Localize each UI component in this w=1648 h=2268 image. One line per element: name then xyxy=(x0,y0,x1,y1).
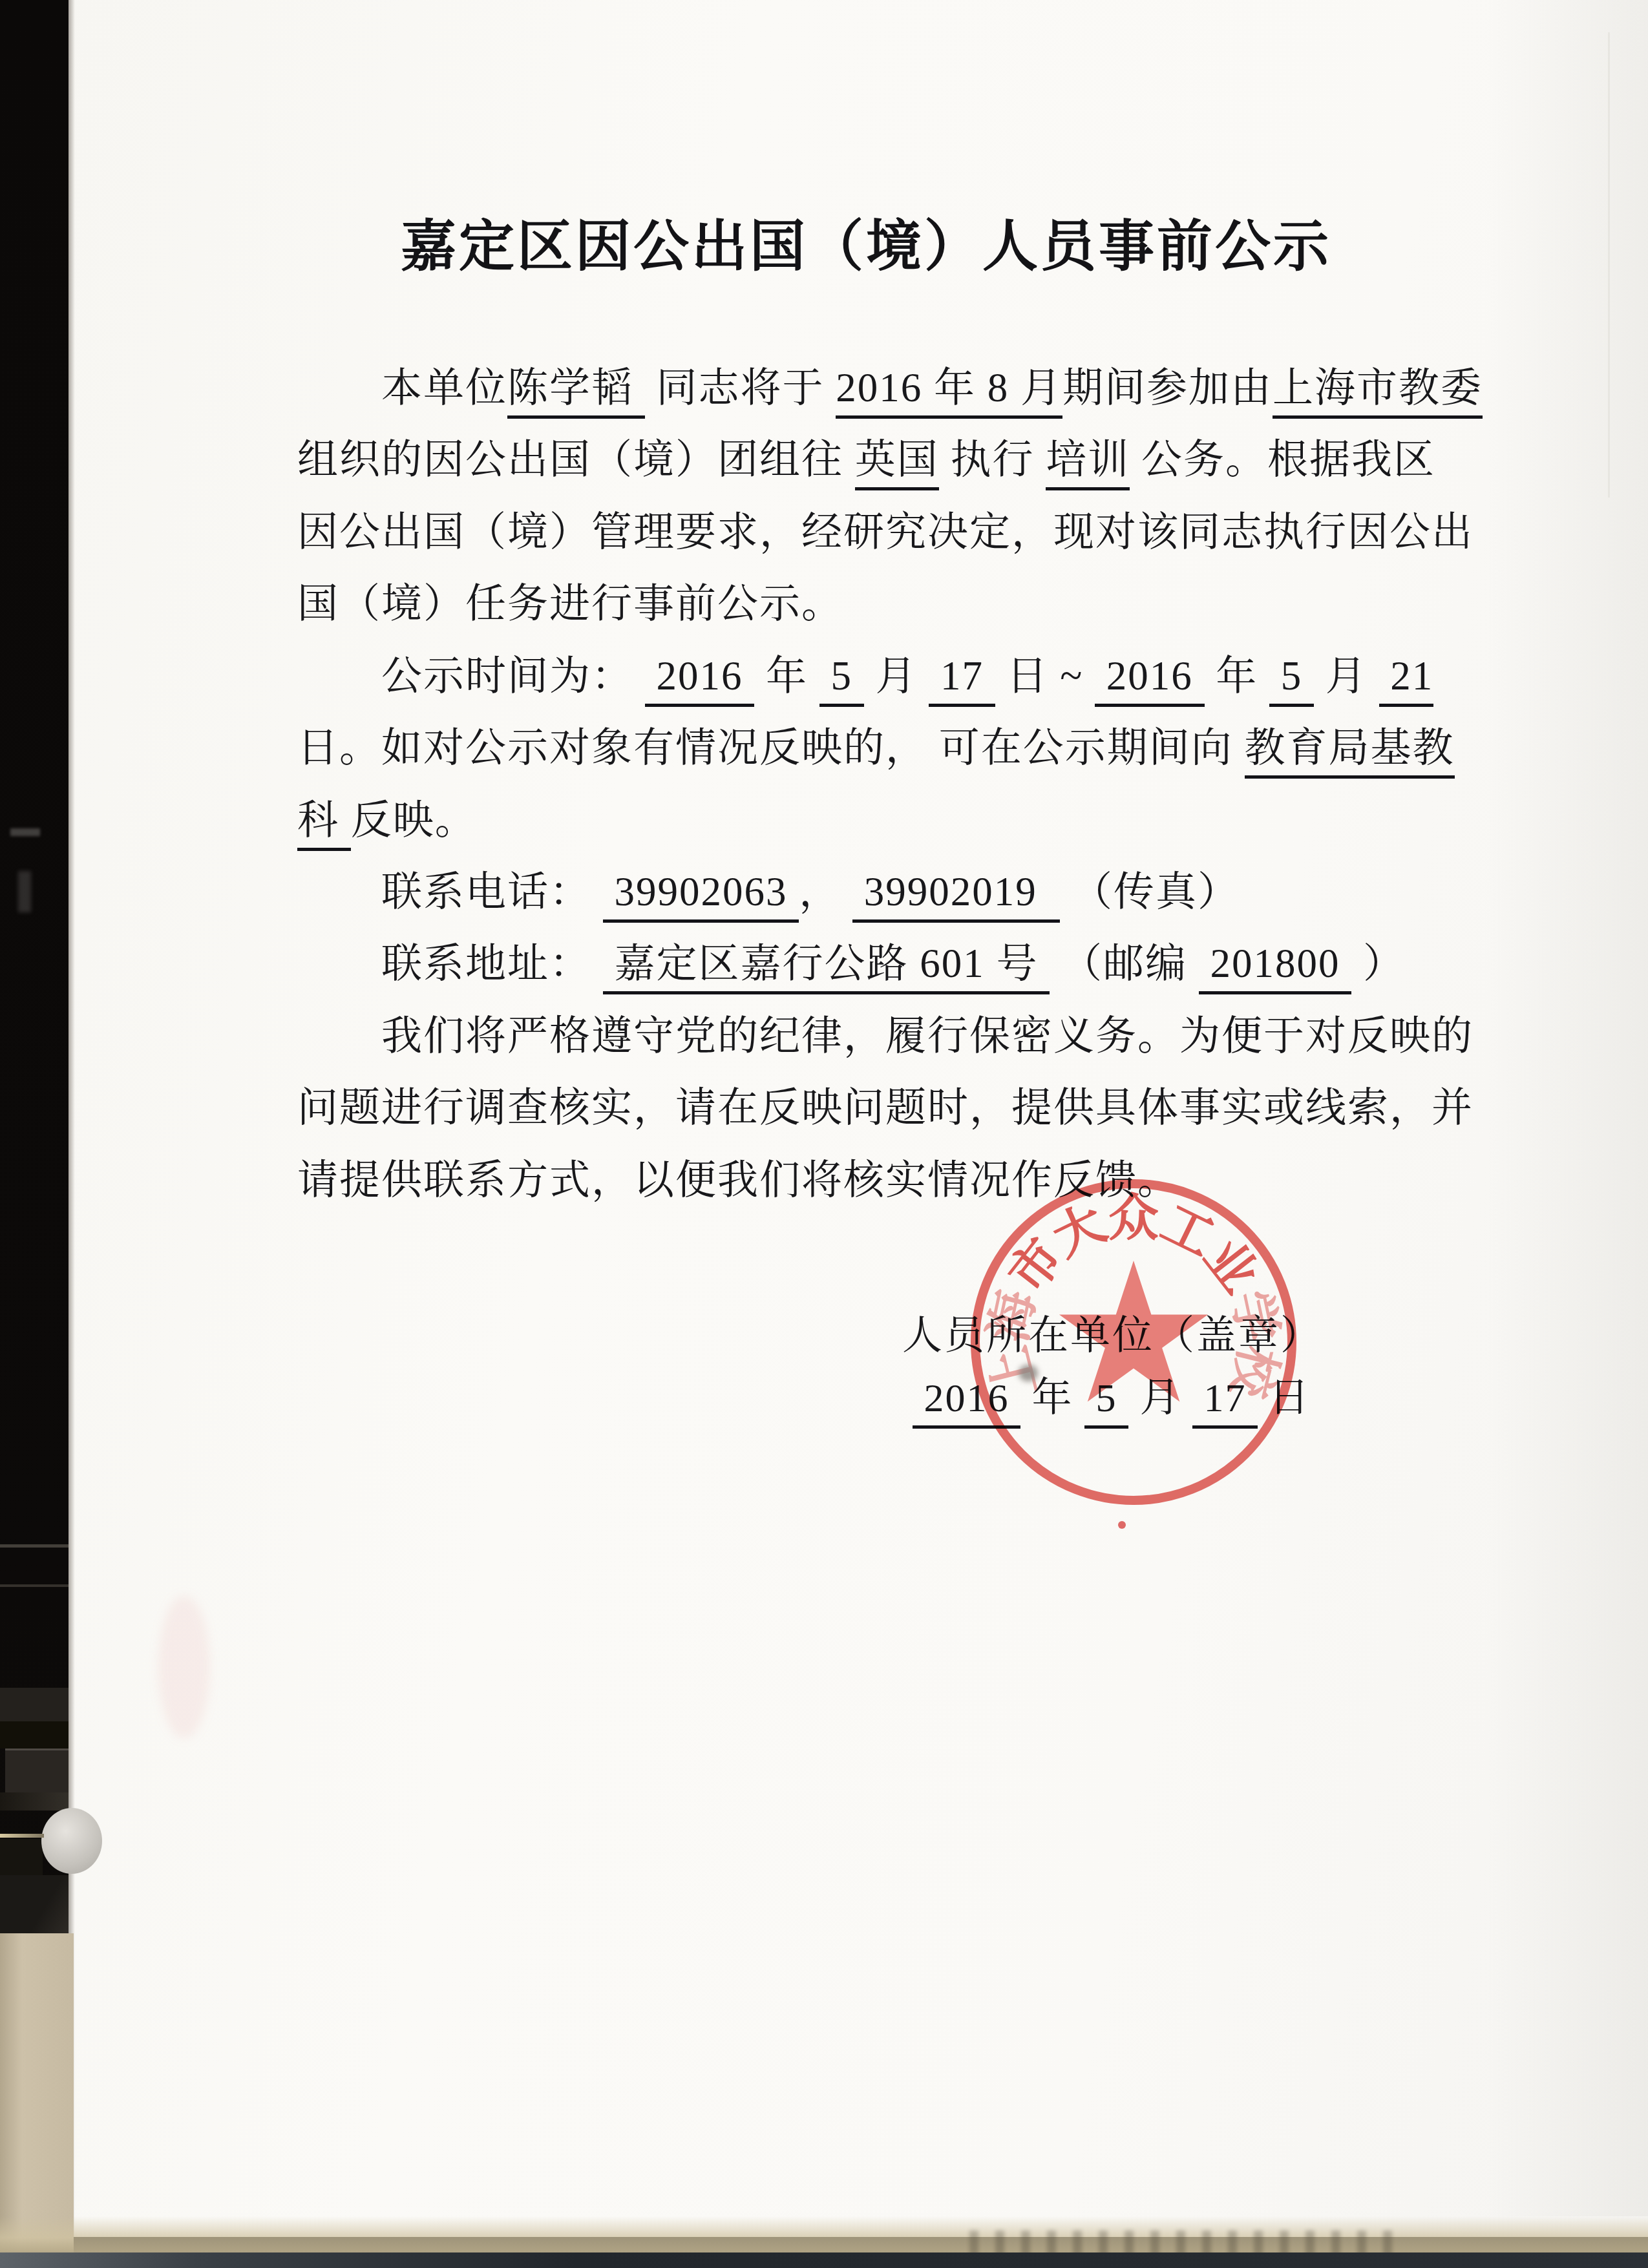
underlined-text: 21 xyxy=(1379,653,1434,707)
doc-line: 组织的因公出国（境）团组往 英国 执行 培训 公务。根据我区 xyxy=(297,434,1454,485)
underlined-text: 英国 xyxy=(855,437,939,490)
underlined-text: 201800 xyxy=(1199,941,1352,994)
text-run: ， xyxy=(799,869,852,914)
scanner-band-scratch xyxy=(10,828,40,836)
doc-line: 国（境）任务进行事前公示。 xyxy=(297,578,1454,629)
text-run: 反映。 xyxy=(351,797,477,843)
underlined-text: 39902063 xyxy=(603,869,799,923)
underlined-text: 上海市教委 xyxy=(1273,365,1483,419)
scanner-hardware-block xyxy=(0,1688,69,1721)
paper-edge-shadow xyxy=(69,0,75,2237)
underlined-text: 2016 年 8 月 xyxy=(836,365,1062,419)
text-run: 年 xyxy=(1205,653,1270,698)
scanner-roller-axle xyxy=(0,1834,44,1838)
text-run: 联系地址： xyxy=(381,941,603,986)
text-run: 月 xyxy=(1314,653,1379,698)
document-title: 嘉定区因公出国（境）人员事前公示 xyxy=(297,213,1435,280)
underlined-text: 教育局基教 xyxy=(1245,725,1455,779)
text-run: 请提供联系方式，以便我们将核实情况作反馈。 xyxy=(297,1157,1179,1202)
doc-line: 我们将严格遵守党的纪律，履行保密义务。为便于对反映的 xyxy=(297,1010,1538,1062)
text-run: 本单位 xyxy=(381,365,507,410)
text-run: （邮编 xyxy=(1050,941,1199,986)
text-run: 因公出国（境）管理要求，经研究决定，现对该同志执行因公出 xyxy=(297,509,1474,554)
underlined-text: 科 xyxy=(297,797,351,851)
doc-line: 联系电话： 39902063 ， 39902019 （传真） xyxy=(297,866,1538,918)
text-run: ） xyxy=(1351,941,1405,986)
underlined-text: 陈学韬 xyxy=(507,365,645,419)
doc-line: 因公出国（境）管理要求，经研究决定，现对该同志执行因公出 xyxy=(297,506,1454,558)
gray-smudge xyxy=(1019,1365,1038,1381)
red-ink-speck xyxy=(1118,1521,1126,1529)
scanner-hardware-block xyxy=(0,1721,69,1748)
underlined-text: 5 xyxy=(1269,653,1314,707)
doc-line: 日。如对公示对象有情况反映的， 可在公示期间向 教育局基教 xyxy=(297,722,1454,773)
text-run: （传真） xyxy=(1060,869,1240,914)
scanner-hardware-line xyxy=(0,1544,69,1548)
text-run: 期间参加由 xyxy=(1062,365,1273,410)
underlined-text: 2016 xyxy=(913,1376,1020,1429)
underlined-text: 5 xyxy=(819,653,864,707)
text-run: 国（境）任务进行事前公示。 xyxy=(297,581,843,626)
doc-line: 公示时间为： 2016 年 5 月 17 日 ~ 2016 年 5 月 21 xyxy=(297,650,1538,702)
text-run: 年 xyxy=(1020,1376,1084,1420)
signature-unit-line: 人员所在单位（盖章） xyxy=(902,1313,1322,1360)
scanner-hardware-line xyxy=(0,1584,69,1587)
underlined-text: 17 xyxy=(1192,1376,1258,1429)
underlined-text: 39902019 xyxy=(852,869,1060,923)
text-run: 日 ~ xyxy=(995,653,1095,698)
paper-right-shading xyxy=(1486,0,1648,2216)
scanner-bottom-bar xyxy=(0,2252,1648,2268)
text-run: 组织的因公出国（境）团组往 xyxy=(297,437,855,482)
doc-line: 问题进行调查核实，请在反映问题时，提供具体事实或线索，并 xyxy=(297,1082,1454,1133)
underlined-text: 17 xyxy=(929,653,995,707)
signature-date-line: 2016 年 5 月 17 日 xyxy=(913,1374,1311,1423)
underlined-text: 2016 xyxy=(1095,653,1205,707)
doc-line: 请提供联系方式，以便我们将核实情况作反馈。 xyxy=(297,1154,1454,1206)
scanner-roller xyxy=(41,1808,102,1874)
underlined-text: 培训 xyxy=(1046,437,1130,490)
text-run: 问题进行调查核实，请在反映问题时，提供具体事实或线索，并 xyxy=(297,1085,1474,1130)
scanner-bottom-strip xyxy=(0,2216,1648,2255)
scanner-hardware-block xyxy=(5,1748,69,1794)
text-run: 日 xyxy=(1258,1376,1311,1420)
underlined-text: 2016 xyxy=(645,653,755,707)
text-run: 月 xyxy=(864,653,929,698)
underlined-text: 5 xyxy=(1084,1376,1128,1429)
scanner-hardware-streak xyxy=(0,1792,69,1811)
text-run: 公务。根据我区 xyxy=(1130,437,1435,482)
text-run: 年 xyxy=(754,653,819,698)
paper-pink-smudge xyxy=(158,1596,210,1738)
text-run: 同志将于 xyxy=(645,365,836,410)
scanned-document-page: 嘉定区因公出国（境）人员事前公示 本单位陈学韬 同志将于 2016 年 8 月期… xyxy=(0,0,1648,2268)
doc-line: 联系地址： 嘉定区嘉行公路 601 号 （邮编 201800 ） xyxy=(297,938,1538,989)
scanner-band-scratch xyxy=(18,871,31,912)
scanner-hardware-block xyxy=(0,1839,43,1878)
text-run: 我们将严格遵守党的纪律，履行保密义务。为便于对反映的 xyxy=(381,1013,1474,1058)
text-run: 日。如对公示对象有情况反映的， 可在公示期间向 xyxy=(297,725,1245,770)
text-run: 公示时间为： xyxy=(381,653,645,698)
text-run: 联系电话： xyxy=(381,869,603,914)
text-run: 月 xyxy=(1128,1376,1192,1420)
scanner-hardware-block xyxy=(0,1875,71,1935)
doc-line: 本单位陈学韬 同志将于 2016 年 8 月期间参加由上海市教委 xyxy=(297,362,1538,414)
underlined-text: 嘉定区嘉行公路 601 号 xyxy=(603,941,1050,994)
doc-line: 科 反映。 xyxy=(297,794,1454,846)
text-run: 执行 xyxy=(939,437,1046,482)
